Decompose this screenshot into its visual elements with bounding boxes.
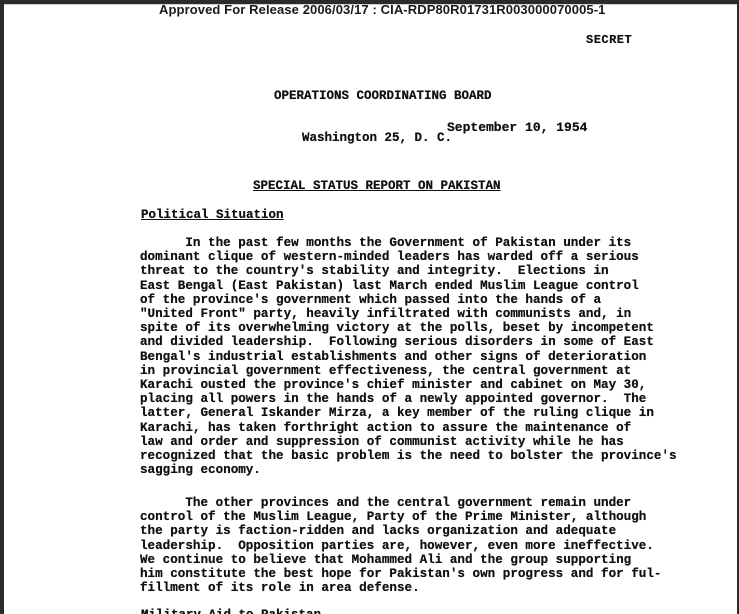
text-line: latter, General Iskander Mirza, a key me… <box>140 406 677 420</box>
document-date: September 10, 1954 <box>447 120 587 135</box>
text-line: spite of its overwhelming victory at the… <box>140 321 677 335</box>
text-line: placing all powers in the hands of a new… <box>140 392 677 406</box>
text-line: the party is faction-ridden and lacks or… <box>140 524 661 538</box>
text-line: dominant clique of western-minded leader… <box>140 250 677 264</box>
text-line: "United Front" party, heavily infiltrate… <box>140 307 677 321</box>
text-line: of the province's government which passe… <box>140 293 677 307</box>
text-line: and divided leadership. Following seriou… <box>140 335 677 349</box>
text-line: sagging economy. <box>140 463 677 477</box>
release-stamp: Approved For Release 2006/03/17 : CIA-RD… <box>159 4 605 17</box>
text-line: The other provinces and the central gove… <box>140 496 661 510</box>
text-line: Karachi, has taken forthright action to … <box>140 421 677 435</box>
text-line: fillment of its role in area defense. <box>140 581 661 595</box>
classification-marking: SECRET <box>586 33 632 47</box>
text-line: Karachi ousted the province's chief mini… <box>140 378 677 392</box>
document-title: SPECIAL STATUS REPORT ON PAKISTAN <box>253 179 501 193</box>
text-line: threat to the country's stability and in… <box>140 264 677 278</box>
section-heading: Political Situation <box>141 208 284 222</box>
text-line: control of the Muslim League, Party of t… <box>140 510 661 524</box>
letterhead: OPERATIONS COORDINATING BOARD Washington… <box>274 61 492 173</box>
text-line: in provincial government effectiveness, … <box>140 364 677 378</box>
text-line: We continue to believe that Mohammed Ali… <box>140 553 661 567</box>
document-page: Approved For Release 2006/03/17 : CIA-RD… <box>4 4 737 614</box>
text-line: In the past few months the Government of… <box>140 236 677 250</box>
next-section-heading: Military Aid to Pakistan <box>141 608 321 614</box>
text-line: him constitute the best hope for Pakista… <box>140 567 661 581</box>
paragraph-2: The other provinces and the central gove… <box>140 496 661 595</box>
text-line: recognized that the basic problem is the… <box>140 449 677 463</box>
paragraph-1: In the past few months the Government of… <box>140 236 677 477</box>
text-line: leadership. Opposition parties are, howe… <box>140 539 661 553</box>
text-line: Bengal's industrial establishments and o… <box>140 350 677 364</box>
text-line: law and order and suppression of communi… <box>140 435 677 449</box>
text-line: East Bengal (East Pakistan) last March e… <box>140 279 677 293</box>
organization-name: OPERATIONS COORDINATING BOARD <box>274 89 492 103</box>
